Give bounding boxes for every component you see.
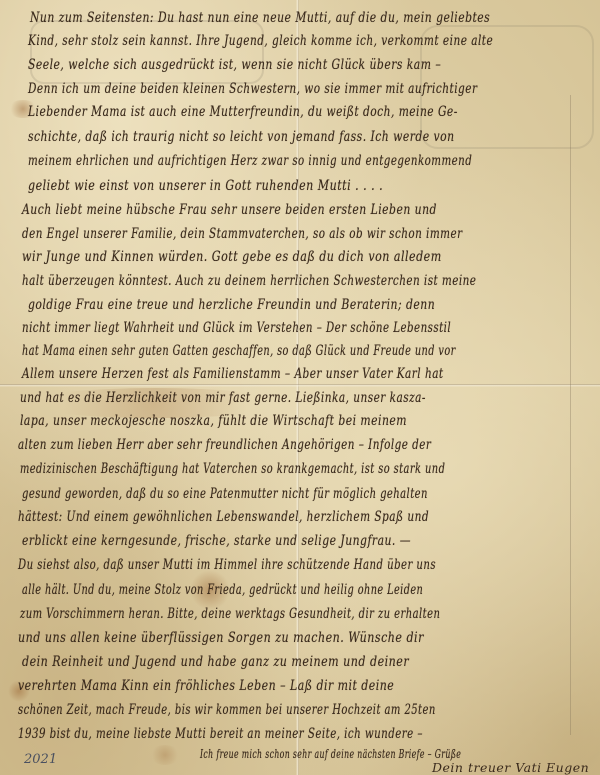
letter-line: alten zum lieben Herr aber sehr freundli…: [18, 437, 431, 453]
letter-body: Nun zum Seitensten: Du hast nun eine neu…: [0, 0, 600, 775]
letter-line: schönen Zeit, mach Freude, bis wir komme…: [18, 702, 436, 718]
letter-line: nicht immer liegt Wahrheit und Glück im …: [22, 320, 451, 336]
letter-line: Denn ich um deine beiden kleinen Schwest…: [28, 81, 477, 97]
letter-line: wir Junge und Kinnen würden. Gott gebe e…: [22, 249, 442, 265]
letter-line: 1939 bist du, meine liebste Mutti bereit…: [18, 726, 423, 742]
letter-line: und uns allen keine überflüssigen Sorgen…: [18, 630, 424, 646]
letter-line: medizinischen Beschäftigung hat Vaterche…: [20, 461, 445, 477]
letter-line: Kind, sehr stolz sein kannst. Ihre Jugen…: [28, 33, 493, 49]
letter-line: meinem ehrlichen und aufrichtigen Herz z…: [28, 153, 472, 169]
letter-page: Nun zum Seitensten: Du hast nun eine neu…: [0, 0, 600, 775]
letter-line: Auch liebt meine hübsche Frau sehr unser…: [22, 202, 437, 218]
letter-line: hat Mama einen sehr guten Gatten geschaf…: [22, 343, 456, 359]
letter-line: Seele, welche sich ausgedrückt ist, wenn…: [28, 57, 441, 73]
letter-line: den Engel unserer Familie, dein Stammvat…: [22, 226, 463, 242]
letter-line: gesund geworden, daß du so eine Patenmut…: [22, 486, 428, 502]
letter-line: alle hält. Und du, meine Stolz von Fried…: [22, 582, 423, 598]
letter-line: Liebender Mama ist auch eine Mutterfreun…: [28, 104, 458, 120]
letter-line: geliebt wie einst von unserer in Gott ru…: [28, 178, 383, 194]
letter-line: Nun zum Seitensten: Du hast nun eine neu…: [30, 10, 490, 26]
letter-line: goldige Frau eine treue und herzliche Fr…: [28, 297, 435, 313]
letter-line: und hat es die Herzlichkeit von mir fast…: [20, 390, 426, 406]
letter-line: Du siehst also, daß unser Mutti im Himme…: [18, 557, 436, 573]
letter-line: erblickt eine kerngesunde, frische, star…: [22, 533, 411, 549]
letter-line: schichte, daß ich traurig nicht so leich…: [28, 129, 455, 145]
letter-line: dein Reinheit und Jugend und habe ganz z…: [22, 654, 409, 670]
letter-line: verehrten Mama Kinn ein fröhliches Leben…: [18, 678, 394, 694]
letter-line: zum Vorschimmern heran. Bitte, deine wer…: [20, 606, 440, 622]
signature: Dein treuer Vati Eugen: [432, 760, 589, 775]
letter-line: hättest: Und einem gewöhnlichen Lebenswa…: [18, 509, 429, 525]
letter-line: halt überzeugen könntest. Auch zu deinem…: [22, 273, 476, 289]
page-number: 2021: [24, 752, 57, 767]
letter-line: lapa, unser meckojesche noszka, fühlt di…: [20, 413, 407, 429]
letter-line: Allem unsere Herzen fest als Familiensta…: [22, 366, 444, 382]
letter-line: Ich freue mich schon sehr auf deine näch…: [200, 746, 461, 761]
